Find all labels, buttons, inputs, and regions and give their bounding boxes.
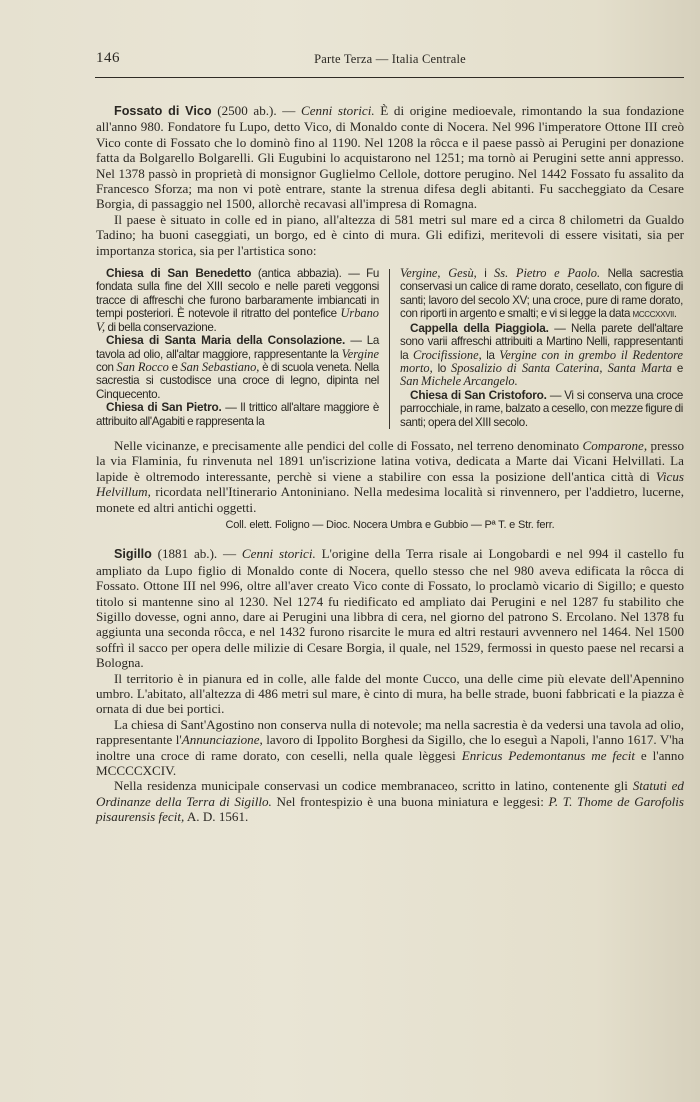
sigillo-territory-paragraph: Il territorio è in pianura ed in colle, … — [96, 671, 684, 717]
right-column: Vergine, Gesù, i Ss. Pietro e Paolo. Nel… — [400, 267, 683, 429]
running-head: 146 Parte Terza — Italia Centrale — [96, 50, 684, 74]
monuments-columns: Chiesa di San Benedetto (antica abbazia)… — [96, 267, 684, 429]
column-divider — [389, 269, 390, 429]
section-label: Cenni storici. — [242, 546, 316, 561]
population: (2500 ab.). — — [217, 103, 295, 118]
main-text: Fossato di Vico (2500 ab.). — Cenni stor… — [96, 103, 684, 825]
sigillo-history-paragraph: Sigillo (1881 ab.). — Cenni storici. L'o… — [96, 546, 684, 670]
monument-title: Chiesa di San Pietro. — [106, 400, 222, 414]
entry-title: Fossato di Vico — [114, 104, 212, 118]
entry-sigillo: Sigillo (1881 ab.). — Cenni storici. L'o… — [96, 546, 684, 824]
monument-title: Cappella della Piaggiola. — [410, 321, 549, 335]
running-title: Parte Terza — Italia Centrale — [96, 52, 684, 67]
monument-title: Chiesa di San Cristoforo. — [410, 388, 547, 402]
section-label: Cenni storici. — [301, 103, 375, 118]
administrative-info: Coll. elett. Foligno — Dioc. Nocera Umbr… — [96, 518, 684, 533]
header-rule — [95, 77, 684, 78]
fossato-history-paragraph: Fossato di Vico (2500 ab.). — Cenni stor… — [96, 103, 684, 212]
population: (1881 ab.). — — [158, 546, 237, 561]
entry-fossato-di-vico: Fossato di Vico (2500 ab.). — Cenni stor… — [96, 103, 684, 533]
monument-title: Chiesa di San Benedetto — [106, 266, 251, 280]
monument-san-pietro-continued: Vergine, Gesù, i Ss. Pietro e Paolo. Nel… — [400, 267, 683, 322]
monument-san-pietro: Chiesa di San Pietro. — Il trittico all'… — [96, 401, 379, 428]
monument-cappella-piaggiola: Cappella della Piaggiola. — Nella parete… — [400, 322, 683, 389]
monument-san-cristoforo: Chiesa di San Cristoforo. — Vi si conser… — [400, 389, 683, 429]
entry-title: Sigillo — [114, 547, 152, 561]
monument-santa-maria-consolazione: Chiesa di Santa Maria della Consolazione… — [96, 334, 379, 401]
left-column: Chiesa di San Benedetto (antica abbazia)… — [96, 267, 379, 429]
monument-san-benedetto: Chiesa di San Benedetto (antica abbazia)… — [96, 267, 379, 334]
sigillo-church-paragraph: La chiesa di Sant'Agostino non conserva … — [96, 717, 684, 779]
fossato-description-paragraph: Il paese è situato in colle ed in piano,… — [96, 212, 684, 258]
book-page: 146 Parte Terza — Italia Centrale Fossat… — [96, 50, 684, 825]
sigillo-codex-paragraph: Nella residenza municipale conservasi un… — [96, 778, 684, 824]
monument-title: Chiesa di Santa Maria della Consolazione… — [106, 333, 345, 347]
fossato-archaeology-paragraph: Nelle vicinanze, e precisamente alle pen… — [96, 438, 684, 515]
